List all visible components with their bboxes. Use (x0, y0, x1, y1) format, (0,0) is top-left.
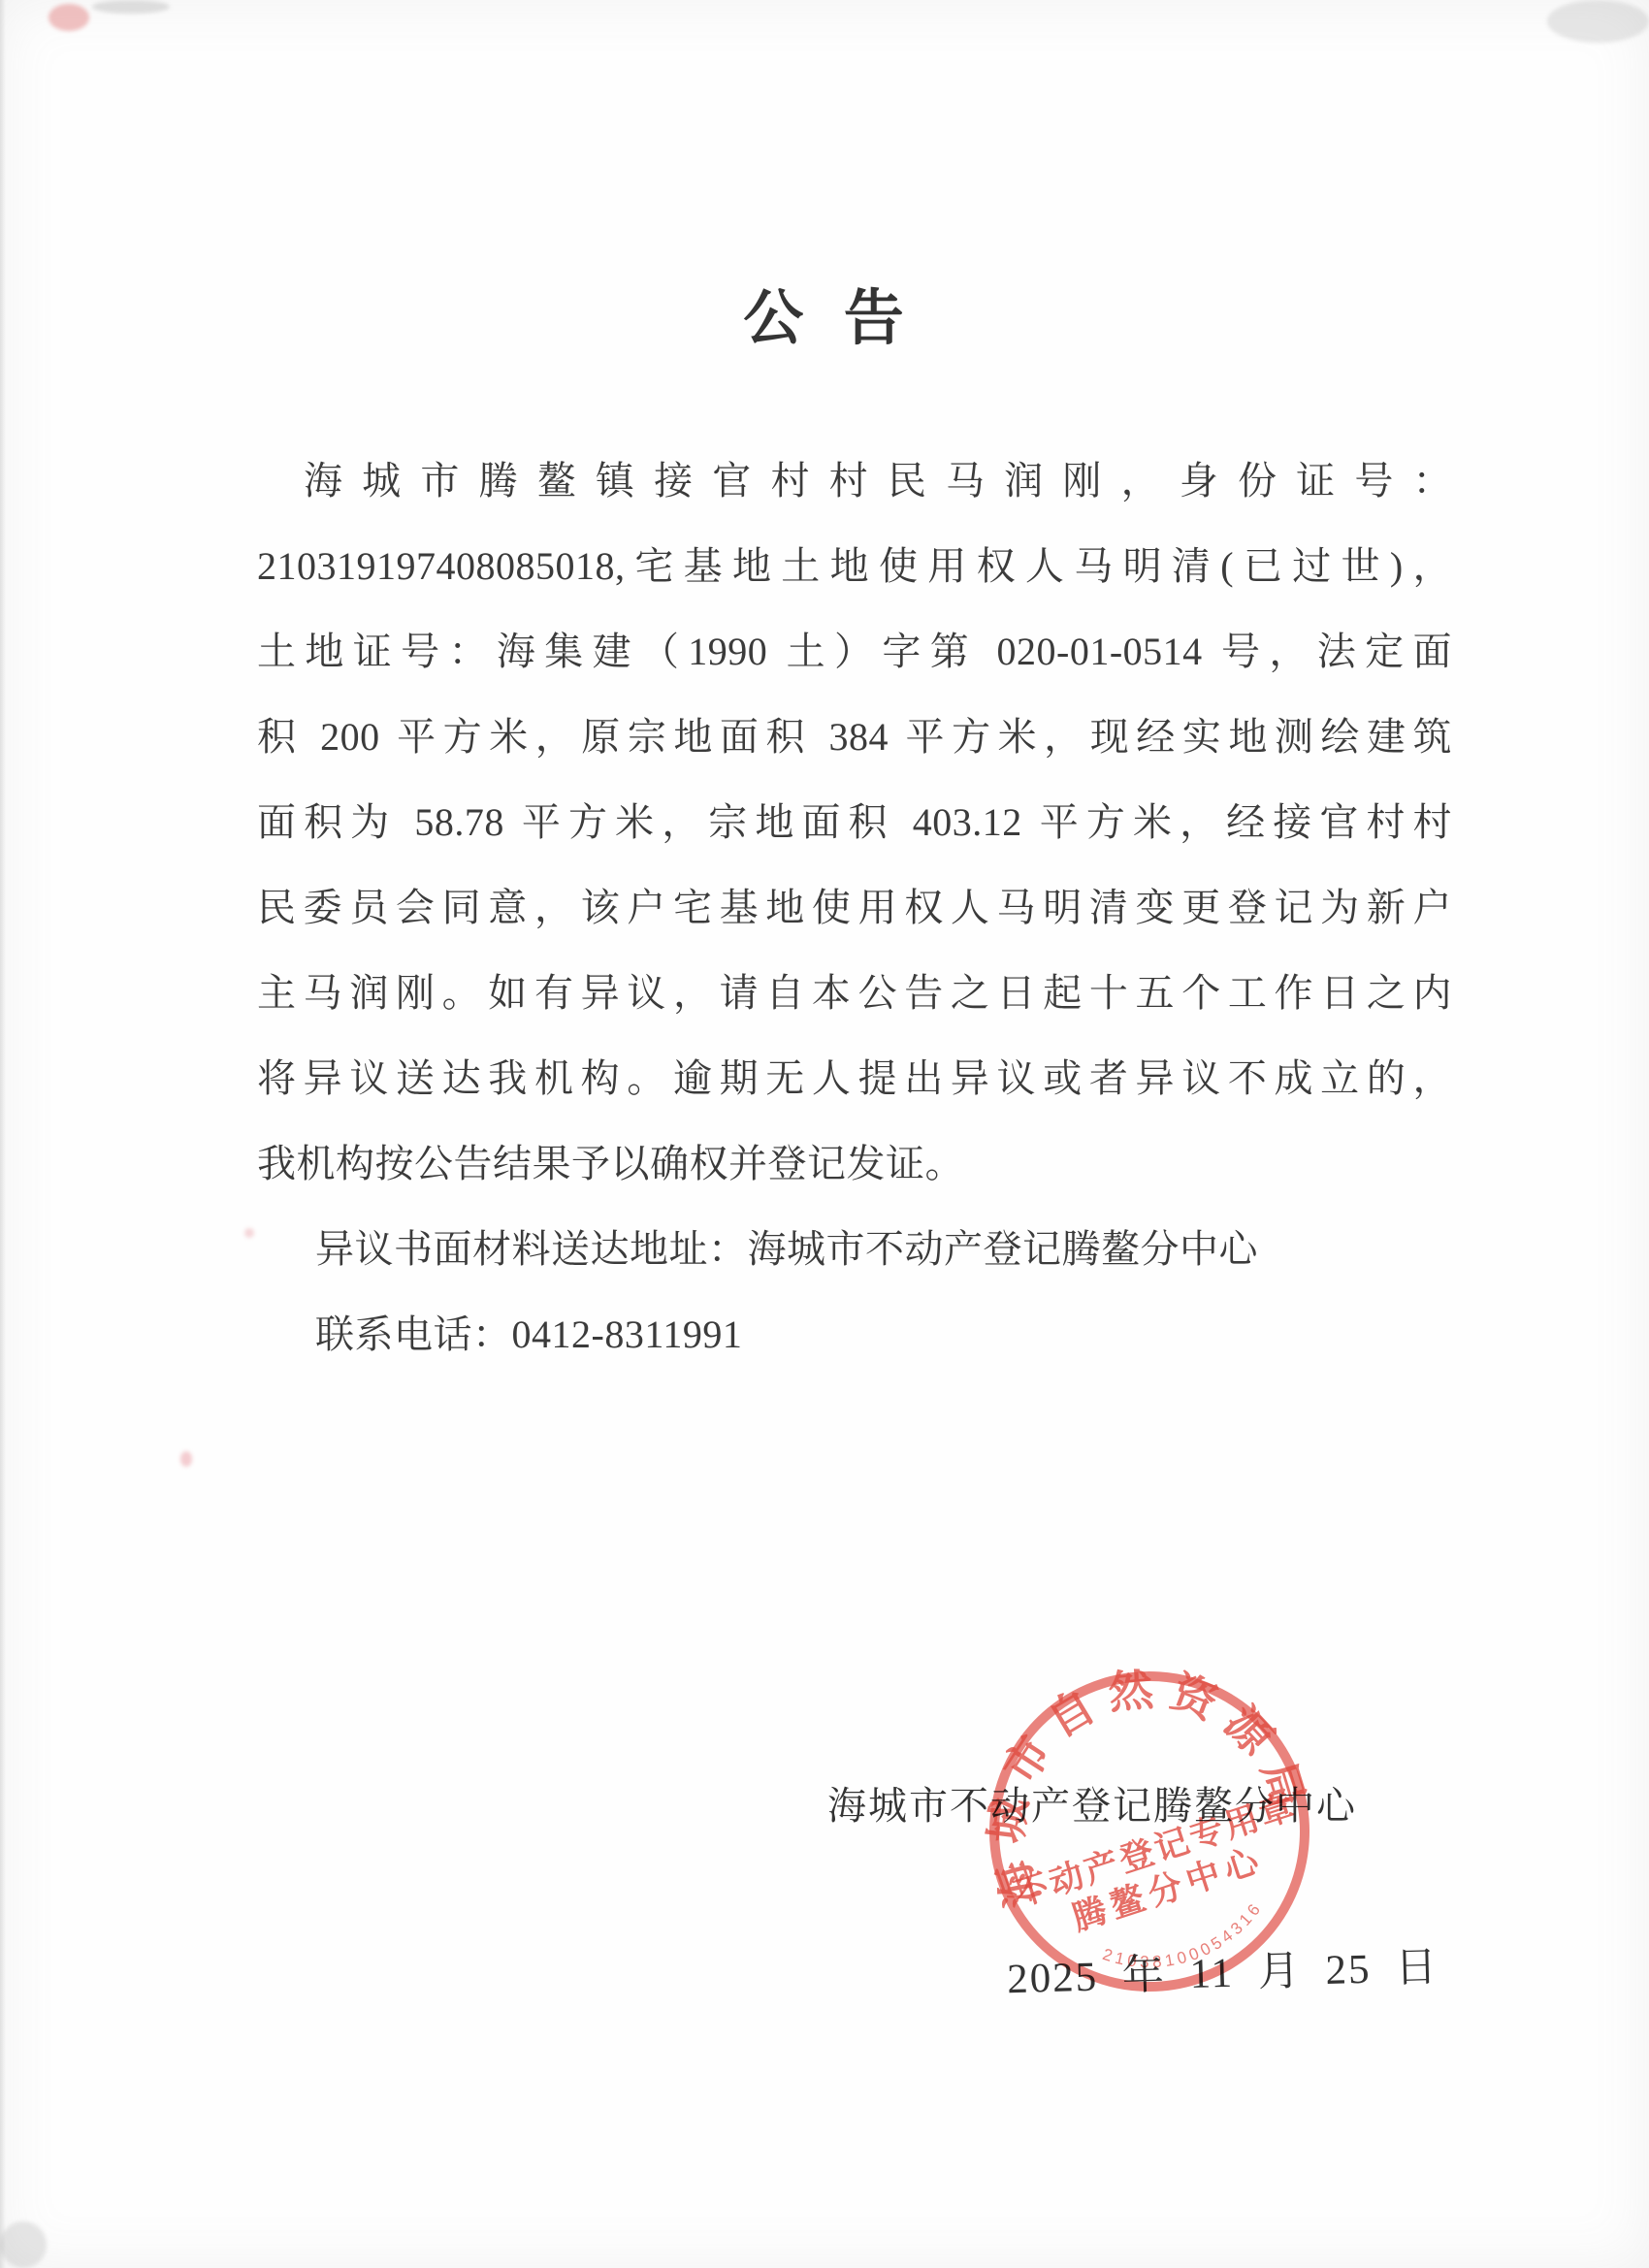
body-line: 210319197408085018,宅基地土地使用权人马明清(已过世)， (257, 524, 1452, 609)
scan-artifact (0, 2221, 47, 2268)
body-line: 土地证号：海集建（1990 土）字第 020-01-0514 号，法定面 (257, 609, 1452, 695)
scan-artifact (48, 4, 89, 31)
body-line: 我机构按公告结果予以确权并登记发证。 (257, 1121, 1452, 1207)
body-line: 将异议送达我机构。逾期无人提出异议或者异议不成立的， (257, 1036, 1452, 1121)
body-line-address: 异议书面材料送达地址：海城市不动产登记腾鳌分中心 (257, 1207, 1452, 1292)
body-line: 民委员会同意，该户宅基地使用权人马明清变更登记为新户 (257, 865, 1452, 951)
scan-artifact (180, 1451, 192, 1467)
scan-artifact (92, 0, 170, 14)
official-seal-stamp: 海城市自然资源局 不动产登记专用章 腾鳌分中心 21038100054316 (905, 1587, 1394, 2076)
body-line: 面积为 58.78 平方米，宗地面积 403.12 平方米，经接官村村 (257, 780, 1452, 865)
announcement-body: 海城市腾鳌镇接官村村民马润刚，身份证号： 210319197408085018,… (257, 438, 1452, 1377)
body-line: 积 200 平方米，原宗地面积 384 平方米，现经实地测绘建筑 (257, 695, 1452, 780)
body-line: 主马润刚。如有异议，请自本公告之日起十五个工作日之内 (257, 951, 1452, 1036)
scan-artifact (244, 1228, 254, 1238)
scanned-announcement-page: 公 告 海城市腾鳌镇接官村村民马润刚，身份证号： 210319197408085… (0, 0, 1649, 2268)
body-line-phone: 联系电话：0412-8311991 (257, 1292, 1452, 1377)
body-line: 海城市腾鳌镇接官村村民马润刚，身份证号： (257, 438, 1452, 524)
scan-artifact (1547, 0, 1649, 43)
page-title: 公 告 (0, 270, 1649, 356)
